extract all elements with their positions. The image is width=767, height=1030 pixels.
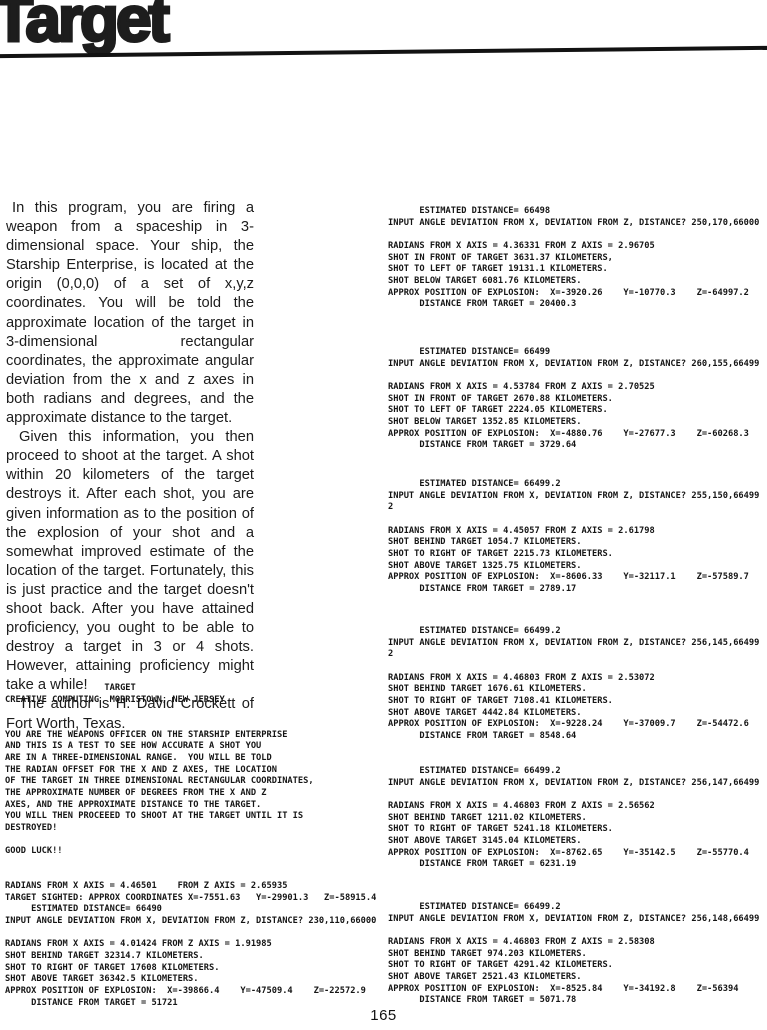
terminal-output-block-6: ESTIMATED DISTANCE= 66499.2 INPUT ANGLE … [388, 902, 759, 1007]
page-title: Target [0, 0, 167, 51]
intro-text: In this program, you are firing a weapon… [6, 199, 254, 734]
terminal-output-block-3: ESTIMATED DISTANCE= 66499.2 INPUT ANGLE … [388, 479, 759, 596]
intro-paragraph-2: Given this information, you then proceed… [6, 428, 254, 695]
terminal-output-left: TARGET CREATIVE COMPUTING MORRISTOWN, NE… [5, 683, 376, 1009]
terminal-output-block-2: ESTIMATED DISTANCE= 66499 INPUT ANGLE DE… [388, 347, 759, 452]
intro-paragraph-1: In this program, you are firing a weapon… [6, 199, 254, 428]
book-page: Target In this program, you are firing a… [0, 0, 767, 1030]
terminal-output-block-4: ESTIMATED DISTANCE= 66499.2 INPUT ANGLE … [388, 626, 759, 743]
terminal-output-block-5: ESTIMATED DISTANCE= 66499.2 INPUT ANGLE … [388, 766, 759, 871]
terminal-output-block-1: ESTIMATED DISTANCE= 66498 INPUT ANGLE DE… [388, 206, 759, 311]
page-number: 165 [0, 1007, 767, 1024]
